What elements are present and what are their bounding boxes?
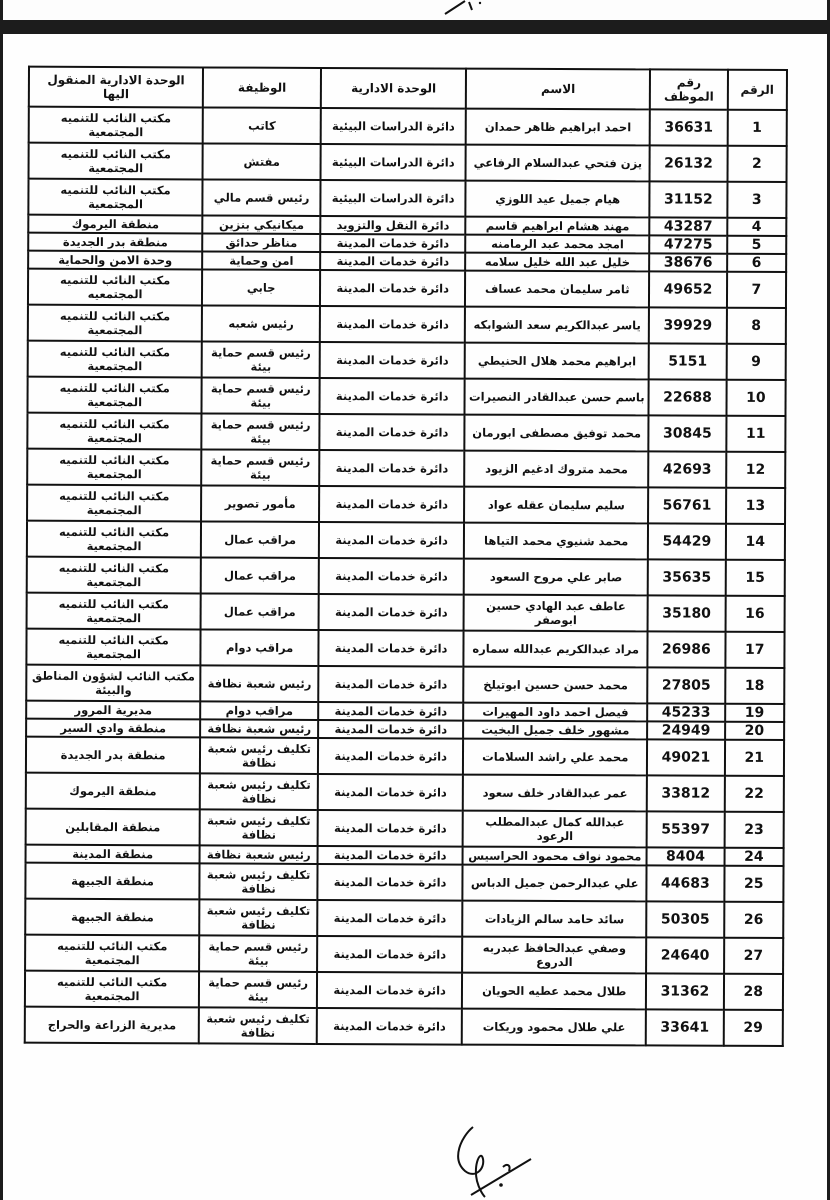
destination-unit: منطقة المقابلين [26, 809, 200, 846]
header-admin-unit: الوحدة الادارية [321, 68, 466, 109]
row-index: 8 [726, 308, 786, 344]
job-title: امن وحماية [202, 251, 320, 270]
destination-unit: مديرية المرور [26, 701, 200, 720]
admin-unit: دائرة الدراسات البيئية [320, 180, 465, 217]
admin-unit: دائرة خدمات المدينة [320, 234, 465, 253]
job-title: مراقب عمال [201, 521, 319, 558]
employee-name: عاطف عبد الهادي حسين ابوصفر [464, 595, 648, 632]
admin-unit: دائرة خدمات المدينة [318, 864, 463, 901]
admin-unit: دائرة خدمات المدينة [319, 414, 464, 451]
table-row: 95151ابراهيم محمد هلال الحنيطيدائرة خدما… [28, 341, 786, 380]
employee-id: 50305 [647, 901, 724, 937]
employee-name: عمر عبدالقادر خلف سعود [463, 775, 647, 812]
employee-name: علي طلال محمود وريكات [462, 1009, 646, 1046]
job-title: تكليف رئيس شعبة نظافة [199, 899, 317, 936]
employee-name: محمد علي راشد السلامات [463, 739, 647, 776]
employee-id: 44683 [647, 865, 724, 901]
destination-unit: مكتب النائب للتنميه المجتمعية [27, 413, 201, 450]
row-index: 13 [726, 488, 786, 524]
destination-unit: مكتب النائب للتنميه المجتمعية [28, 305, 202, 342]
job-title: مفتش [203, 143, 321, 180]
employee-name: احمد ابراهيم ظاهر حمدان [466, 109, 650, 146]
employee-id: 56761 [648, 487, 725, 523]
admin-unit: دائرة خدمات المدينة [318, 846, 463, 865]
employee-id: 26986 [648, 631, 725, 667]
employee-id: 31362 [646, 973, 723, 1009]
row-index: 5 [727, 236, 786, 254]
admin-unit: دائرة النقل والتزويد [320, 216, 465, 235]
header-destination-unit: الوحدة الادارية المنقول اليها [29, 67, 203, 108]
header-job: الوظيفة [203, 67, 321, 108]
table-row: 226132يزن فتحي عبدالسلام الرفاعيدائرة ال… [29, 143, 787, 182]
row-index: 16 [725, 596, 785, 632]
table-row: 1454429محمد شنيوي محمد التياهادائرة خدما… [27, 521, 785, 560]
destination-unit: مديرية الزراعة والحراج [25, 1007, 199, 1044]
admin-unit: دائرة خدمات المدينة [318, 774, 463, 811]
employee-id: 35180 [648, 595, 725, 631]
job-title: رئيس قسم حماية بيئة [201, 449, 319, 486]
admin-unit: دائرة خدمات المدينة [318, 738, 463, 775]
destination-unit: منطقة بدر الجديدة [26, 737, 200, 774]
job-title: رئيس قسم حماية بيئة [199, 971, 317, 1008]
admin-unit: دائرة خدمات المدينة [319, 630, 464, 667]
admin-unit: دائرة خدمات المدينة [317, 936, 462, 973]
employee-name: ابراهيم محمد هلال الحنيطي [465, 343, 649, 380]
employee-name: سائد حامد سالم الزيادات [462, 901, 646, 938]
destination-unit: منطقة المدينة [26, 845, 200, 864]
job-title: رئيس قسم مالي [203, 179, 321, 216]
admin-unit: دائرة خدمات المدينة [320, 378, 465, 415]
row-index: 10 [726, 380, 786, 416]
destination-unit: مكتب النائب لشؤون المناطق والبيئة [26, 665, 200, 702]
employee-id: 36631 [650, 109, 727, 145]
employee-name: باسم حسن عبدالقادر النصيرات [465, 379, 649, 416]
employee-name: يزن فتحي عبدالسلام الرفاعي [466, 145, 650, 182]
admin-unit: دائرة خدمات المدينة [318, 702, 463, 721]
destination-unit: مكتب النائب للتنميه المجتمعية [29, 143, 203, 180]
table-row: 2724640وصفي عبدالحافظ عبدربه الدروعدائرة… [25, 935, 783, 974]
table-row: 2355397عبدالله كمال عبدالمطلب الرعوددائر… [26, 809, 784, 848]
row-index: 17 [725, 632, 785, 668]
row-index: 14 [725, 524, 785, 560]
job-title: تكليف رئيس شعبة نظافة [200, 809, 318, 846]
table-row: 1726986مراد عبدالكريم عبدالله سمارهدائرة… [26, 629, 784, 668]
table-row: 136631احمد ابراهيم ظاهر حمداندائرة الدرا… [29, 107, 787, 146]
table-row: 1130845محمد توفيق مصطفى ابورماندائرة خدم… [27, 413, 785, 452]
employee-name: صابر علي مروح السعود [464, 559, 648, 596]
employee-id: 31152 [650, 181, 727, 217]
job-title: تكليف رئيس شعبة نظافة [200, 773, 318, 810]
table-row: 331152هيام جميل عيد اللوزيدائرة الدراسات… [28, 179, 786, 218]
employee-name: فيصل احمد داود المهيرات [463, 703, 647, 722]
job-title: رئيس شعبة نظافة [200, 719, 318, 738]
employee-id: 24949 [647, 721, 724, 739]
admin-unit: دائرة خدمات المدينة [320, 342, 465, 379]
header-name: الاسم [466, 69, 650, 110]
destination-unit: مكتب النائب للتنميه المجتمعية [25, 935, 199, 972]
employee-id: 38676 [649, 253, 726, 271]
admin-unit: دائرة خدمات المدينة [320, 252, 465, 271]
employee-name: علي عبدالرحمن جميل الدباس [463, 865, 647, 902]
row-index: 1 [727, 110, 787, 146]
table-row: 1022688باسم حسن عبدالقادر النصيراتدائرة … [27, 377, 785, 416]
admin-unit: دائرة خدمات المدينة [318, 666, 463, 703]
employee-id: 39929 [649, 307, 726, 343]
employee-id: 49652 [649, 271, 726, 307]
row-index: 2 [727, 146, 787, 182]
employee-name: محمد متروك ادغيم الزيود [464, 451, 648, 488]
employee-id: 33812 [647, 775, 724, 811]
table-header-row: الرقم رقم الموظف الاسم الوحدة الادارية ا… [29, 67, 787, 110]
job-title: مراقب عمال [201, 593, 319, 630]
destination-unit: مكتب النائب للتنميه المجتمعية [27, 521, 201, 558]
job-title: رئيس شعبه [202, 305, 320, 342]
row-index: 11 [726, 416, 786, 452]
job-title: رئيس شعبة نظافة [200, 665, 318, 702]
job-title: مراقب دوام [200, 701, 318, 720]
table-row: 2544683علي عبدالرحمن جميل الدباسدائرة خد… [25, 863, 783, 902]
table-row: 749652ثامر سليمان محمد عسافدائرة خدمات ا… [28, 269, 786, 308]
employee-name: ياسر عبدالكريم سعد الشوابكه [465, 307, 649, 344]
job-title: جابي [202, 269, 320, 306]
row-index: 3 [727, 182, 787, 218]
row-index: 9 [726, 344, 786, 380]
table-row: 839929ياسر عبدالكريم سعد الشوابكهدائرة خ… [28, 305, 786, 344]
signature-fragment-icon [443, 0, 513, 18]
employee-name: خليل عبد الله خليل سلامه [465, 253, 649, 272]
admin-unit: دائرة خدمات المدينة [320, 270, 465, 307]
row-index: 18 [725, 668, 785, 704]
header-employee-id: رقم الموظف [650, 69, 727, 109]
destination-unit: مكتب النائب للتنميه المجتمعية [27, 593, 201, 630]
employee-id: 45233 [647, 703, 724, 721]
table-row: 1242693محمد متروك ادغيم الزيوددائرة خدما… [27, 449, 785, 488]
table-row: 2831362طلال محمد عطيه الحوياندائرة خدمات… [25, 971, 783, 1010]
employee-id: 26132 [650, 145, 727, 181]
admin-unit: دائرة الدراسات البيئية [321, 144, 466, 181]
job-title: رئيس قسم حماية بيئة [202, 341, 320, 378]
row-index: 6 [727, 254, 786, 272]
employee-name: سليم سليمان عقله عواد [464, 487, 648, 524]
admin-unit: دائرة خدمات المدينة [320, 306, 465, 343]
row-index: 26 [724, 902, 784, 938]
destination-unit: مكتب النائب للتنميه المجتمعية [28, 179, 202, 216]
destination-unit: مكتب النائب للتنميه المجتمعية [27, 449, 201, 486]
job-title: مأمور تصوير [201, 485, 319, 522]
employee-transfer-table: الرقم رقم الموظف الاسم الوحدة الادارية ا… [24, 66, 788, 1047]
employee-name: هيام جميل عيد اللوزي [466, 181, 650, 218]
destination-unit: مكتب النائب للتنميه المجتمعية [28, 341, 202, 378]
employee-name: عبدالله كمال عبدالمطلب الرعود [463, 811, 647, 848]
employee-name: محمد توفيق مصطفى ابورمان [465, 415, 649, 452]
destination-unit: منطقة اليرموك [26, 773, 200, 810]
employee-id: 8404 [647, 847, 724, 865]
employee-name: ثامر سليمان محمد عساف [465, 271, 649, 308]
job-title: مراقب عمال [201, 557, 319, 594]
employee-name: محمود نواف محمود الحراسيس [463, 847, 647, 866]
employee-id: 42693 [648, 451, 725, 487]
destination-unit: مكتب النائب للتنميه المجتمعية [25, 971, 199, 1008]
table-row: 2933641علي طلال محمود وريكاتدائرة خدمات … [25, 1007, 783, 1046]
row-index: 28 [724, 974, 784, 1010]
destination-unit: مكتب النائب للتنميه المجتمعية [27, 377, 201, 414]
header-index: الرقم [727, 70, 787, 110]
employee-name: مراد عبدالكريم عبدالله سماره [464, 631, 648, 668]
destination-unit: منطقة اليرموك [28, 215, 202, 234]
table-row: 2233812عمر عبدالقادر خلف سعوددائرة خدمات… [26, 773, 784, 812]
table-row: 2149021محمد علي راشد السلاماتدائرة خدمات… [26, 737, 784, 776]
admin-unit: دائرة خدمات المدينة [318, 810, 463, 847]
row-index: 15 [725, 560, 785, 596]
employee-id: 55397 [647, 811, 724, 847]
table-row: 1356761سليم سليمان عقله عواددائرة خدمات … [27, 485, 785, 524]
row-index: 20 [725, 722, 784, 740]
employee-name: مهند هشام ابراهيم قاسم [465, 217, 649, 236]
employee-id: 47275 [650, 235, 727, 253]
row-index: 27 [724, 938, 784, 974]
row-index: 29 [723, 1010, 783, 1046]
destination-unit: مكتب النائب للتنميه المجتمعية [26, 629, 200, 666]
admin-unit: دائرة خدمات المدينة [319, 558, 464, 595]
admin-unit: دائرة الدراسات البيئية [321, 108, 466, 145]
employee-id: 22688 [649, 379, 726, 415]
employee-id: 24640 [646, 937, 723, 973]
job-title: رئيس قسم حماية بيئة [199, 935, 317, 972]
employee-id: 54429 [648, 523, 725, 559]
employee-id: 27805 [648, 667, 725, 703]
destination-unit: مكتب النائب للتنميه المجتمعية [27, 557, 201, 594]
employee-name: امجد محمد عبد الرمامنه [465, 235, 649, 254]
job-title: تكليف رئيس شعبة نظافة [200, 863, 318, 900]
employee-id: 33641 [646, 1009, 723, 1045]
job-title: تكليف رئيس شعبة نظافة [200, 737, 318, 774]
destination-unit: مكتب النائب للتنميه المجتمعية [29, 107, 203, 144]
employee-id: 5151 [649, 343, 726, 379]
row-index: 12 [726, 452, 786, 488]
row-index: 7 [727, 272, 787, 308]
admin-unit: دائرة خدمات المدينة [319, 522, 464, 559]
job-title: رئيس قسم حماية بيئة [202, 413, 320, 450]
job-title: كاتب [203, 107, 321, 144]
employee-name: محمد حسن حسين ابوتيلخ [463, 667, 647, 704]
job-title: مناظر حدائق [202, 233, 320, 252]
destination-unit: مكتب النائب للتنميه المجتمعية [27, 485, 201, 522]
destination-unit: مكتب النائب للتنميه المجتمعيه [28, 269, 202, 306]
admin-unit: دائرة خدمات المدينة [317, 1008, 462, 1045]
destination-unit: وحدة الامن والحماية [28, 251, 202, 270]
admin-unit: دائرة خدمات المدينة [319, 450, 464, 487]
employee-id: 30845 [649, 415, 726, 451]
employee-name: مشهور خلف جميل البخيت [463, 721, 647, 740]
admin-unit: دائرة خدمات المدينة [319, 594, 464, 631]
employee-id: 49021 [647, 739, 724, 775]
row-index: 4 [727, 218, 786, 236]
row-index: 19 [725, 704, 784, 722]
row-index: 21 [725, 740, 785, 776]
row-index: 22 [724, 776, 784, 812]
employee-id: 43287 [650, 217, 727, 235]
admin-unit: دائرة خدمات المدينة [318, 720, 463, 739]
destination-unit: منطقة وادي السير [26, 719, 200, 738]
row-index: 25 [724, 866, 784, 902]
signature-icon [443, 1119, 533, 1199]
table-body: 136631احمد ابراهيم ظاهر حمداندائرة الدرا… [25, 107, 787, 1046]
job-title: تكليف رئيس شعبة نظافة [199, 1007, 317, 1044]
destination-unit: منطقة الجبيهة [25, 863, 199, 900]
destination-unit: منطقة بدر الجديدة [28, 233, 202, 252]
job-title: رئيس شعبة نظافة [200, 845, 318, 864]
job-title: مراقب دوام [201, 629, 319, 666]
table-row: 1535635صابر علي مروح السعوددائرة خدمات ا… [27, 557, 785, 596]
table-row: 1635180عاطف عبد الهادي حسين ابوصفردائرة … [27, 593, 785, 632]
admin-unit: دائرة خدمات المدينة [319, 486, 464, 523]
document-page: الرقم رقم الموظف الاسم الوحدة الادارية ا… [3, 34, 827, 1200]
employee-name: محمد شنيوي محمد التياها [464, 523, 648, 560]
admin-unit: دائرة خدمات المدينة [317, 972, 462, 1009]
previous-page-fragment [3, 0, 827, 20]
table-row: 1827805محمد حسن حسين ابوتيلخدائرة خدمات … [26, 665, 784, 704]
destination-unit: منطقة الجبيهة [25, 899, 199, 936]
admin-unit: دائرة خدمات المدينة [317, 900, 462, 937]
job-title: ميكانيكي بنزين [202, 215, 320, 234]
row-index: 23 [724, 812, 784, 848]
row-index: 24 [724, 848, 783, 866]
employee-name: وصفي عبدالحافظ عبدربه الدروع [462, 937, 646, 974]
employee-id: 35635 [648, 559, 725, 595]
table-row: 2650305سائد حامد سالم الزياداتدائرة خدما… [25, 899, 783, 938]
job-title: رئيس قسم حماية بيئة [202, 377, 320, 414]
employee-name: طلال محمد عطيه الحويان [462, 973, 646, 1010]
